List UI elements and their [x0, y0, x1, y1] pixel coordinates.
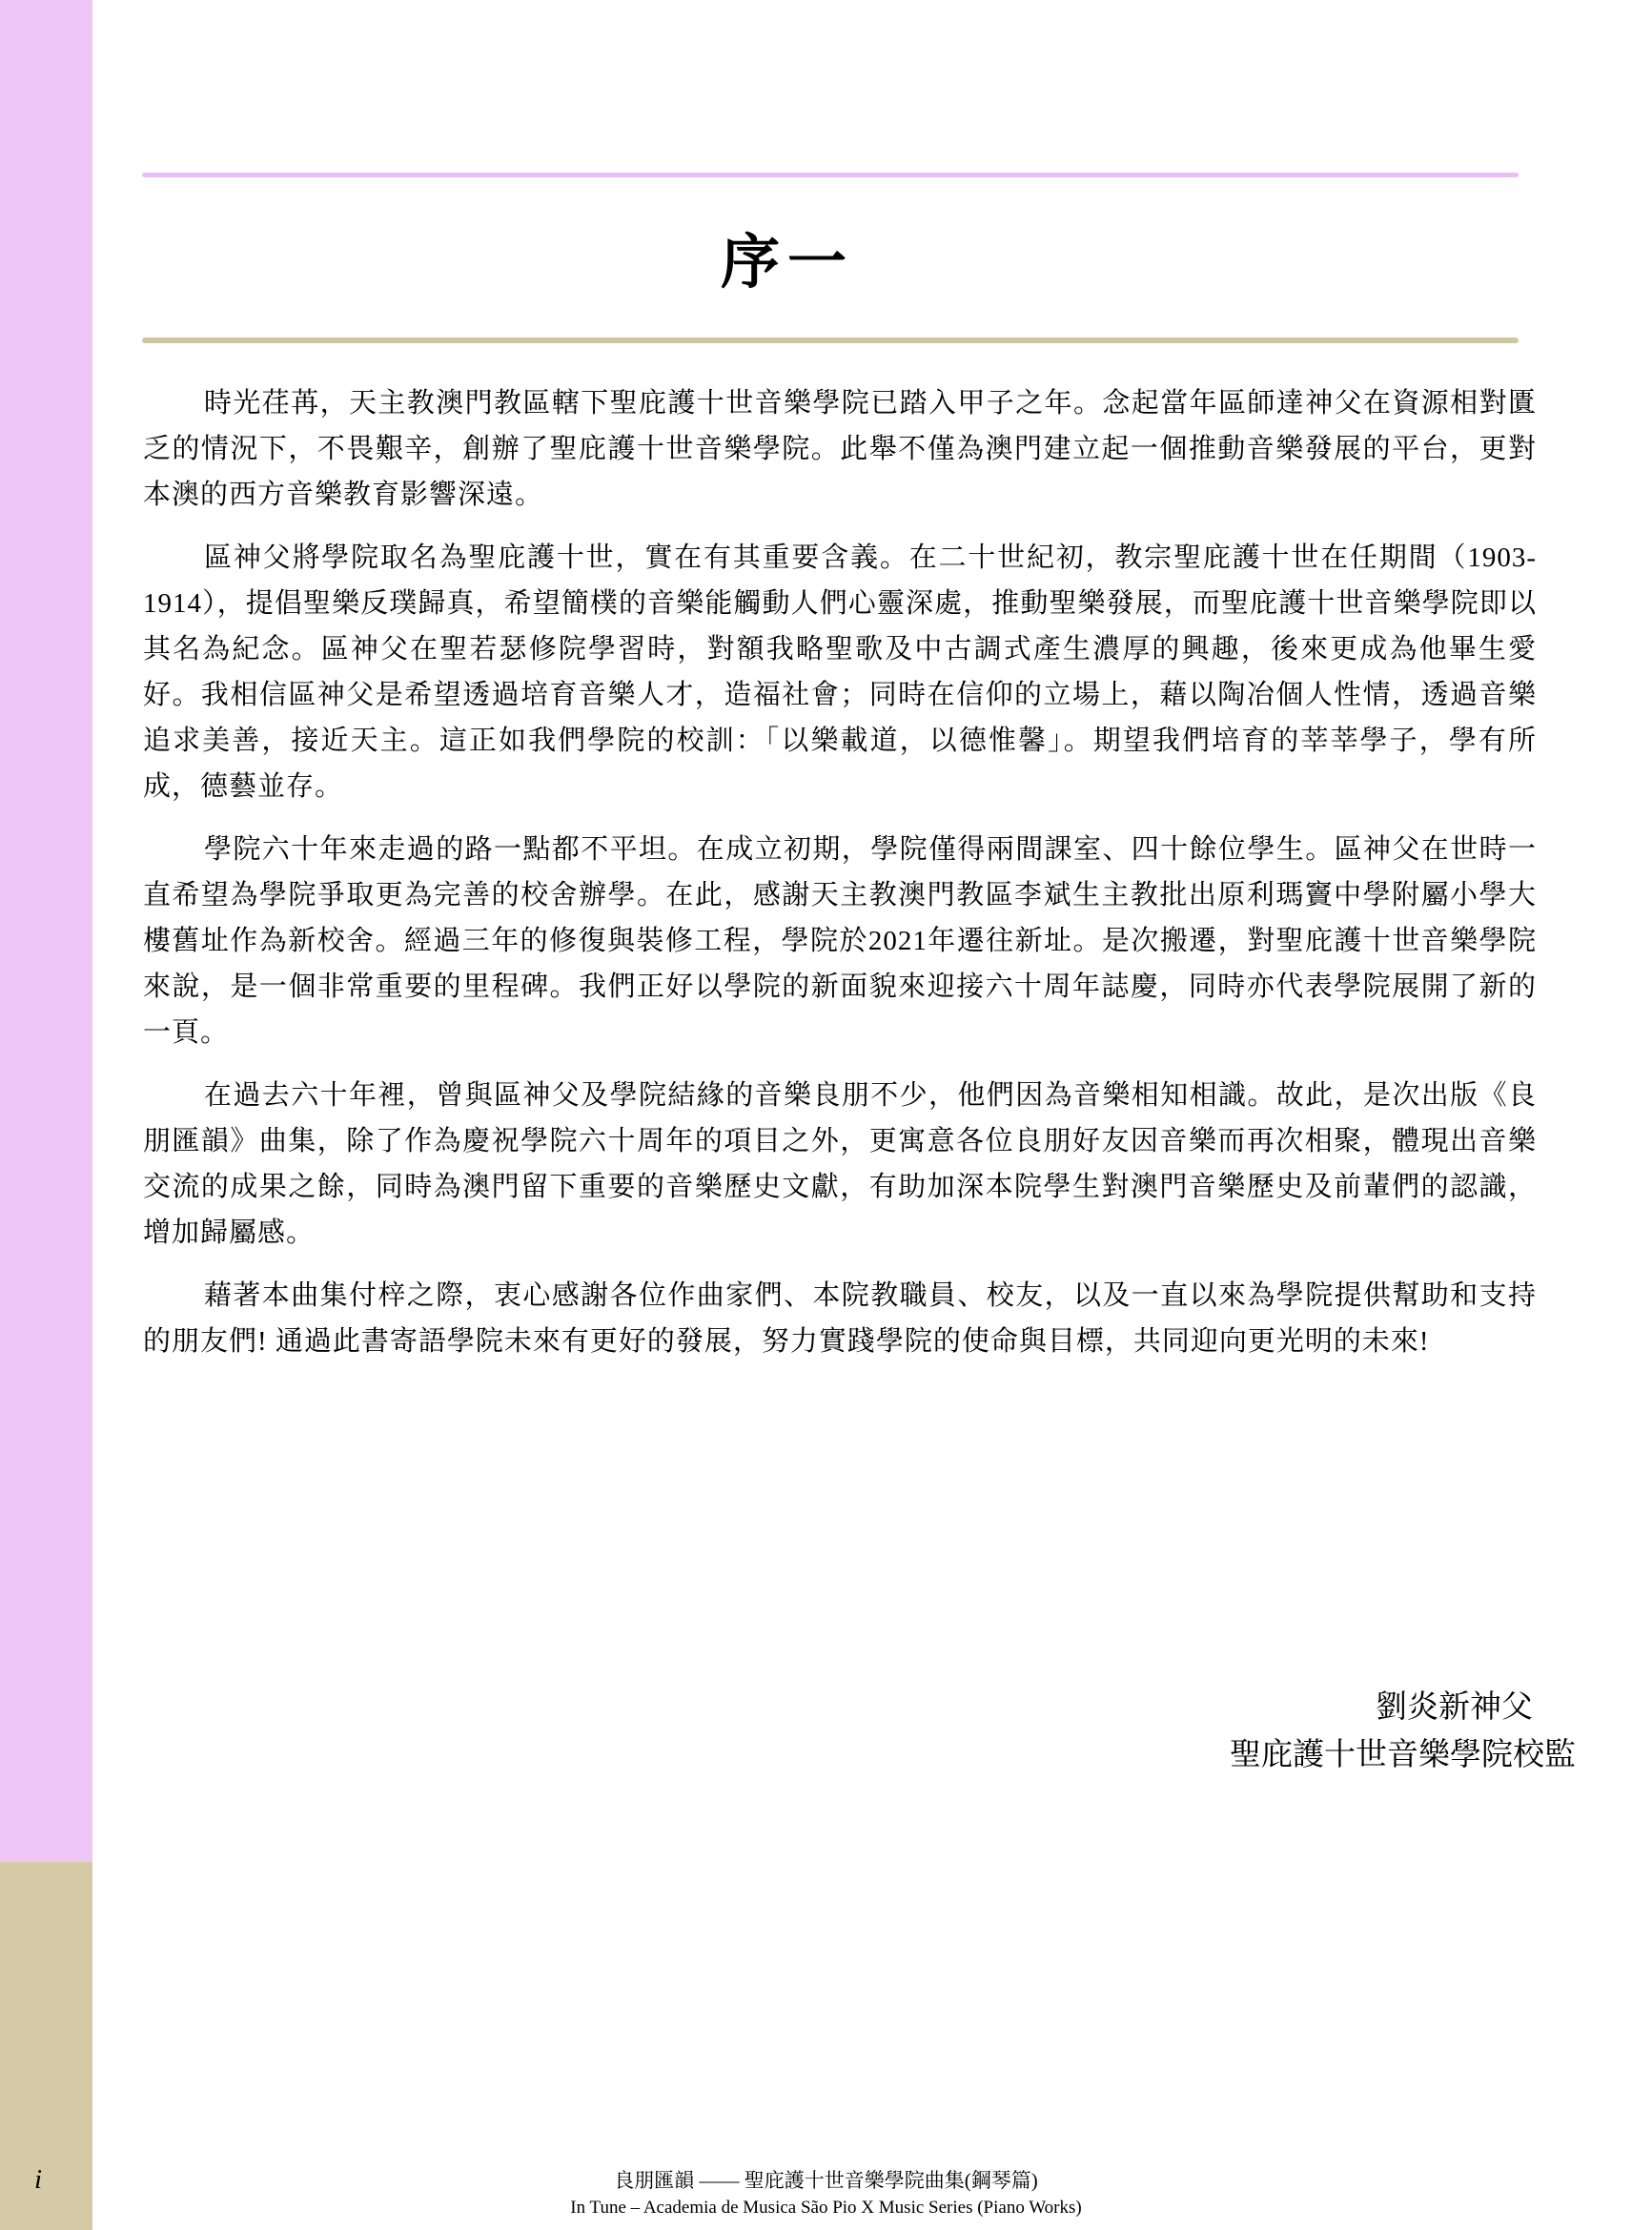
signature-title: 聖庇護十世音樂學院校監: [1230, 1731, 1576, 1779]
signature-block: 劉炎新神父 聖庇護十世音樂學院校監: [1230, 1684, 1576, 1779]
document-page: 序一 時光荏苒，天主教澳門教區轄下聖庇護十世音樂學院已踏入甲子之年。念起當年區師…: [0, 0, 1652, 2230]
preface-paragraph: 區神父將學院取名為聖庇護十世，實在有其重要含義。在二十世紀初，教宗聖庇護十世在任…: [143, 535, 1537, 809]
heading-rule-bottom: [142, 338, 1519, 343]
heading-rule-top: [142, 173, 1519, 177]
footer-series-title-en: In Tune – Academia de Musica São Pio X M…: [0, 2197, 1652, 2220]
preface-paragraph: 學院六十年來走過的路一點都不平坦。在成立初期，學院僅得兩間課室、四十餘位學生。區…: [143, 827, 1537, 1055]
preface-paragraph: 時光荏苒，天主教澳門教區轄下聖庇護十世音樂學院已踏入甲子之年。念起當年區師達神父…: [143, 380, 1537, 518]
preface-paragraph: 藉著本曲集付梓之際，衷心感謝各位作曲家們、本院教職員、校友，以及一直以來為學院提…: [143, 1273, 1537, 1364]
footer-series-title-zh: 良朋匯韻 —— 聖庇護十世音樂學院曲集(鋼琴篇): [0, 2164, 1652, 2197]
left-margin-band-purple: [0, 0, 92, 1862]
signature-name: 劉炎新神父: [1230, 1684, 1576, 1731]
page-footer: 良朋匯韻 —— 聖庇護十世音樂學院曲集(鋼琴篇) In Tune – Acade…: [0, 2164, 1652, 2220]
page-title: 序一: [143, 225, 1432, 301]
preface-body: 時光荏苒，天主教澳門教區轄下聖庇護十世音樂學院已踏入甲子之年。念起當年區師達神父…: [143, 380, 1537, 1381]
preface-paragraph: 在過去六十年裡，曾與區神父及學院結緣的音樂良朋不少，他們因為音樂相知相識。故此，…: [143, 1073, 1537, 1256]
page-number: i: [34, 2164, 42, 2196]
